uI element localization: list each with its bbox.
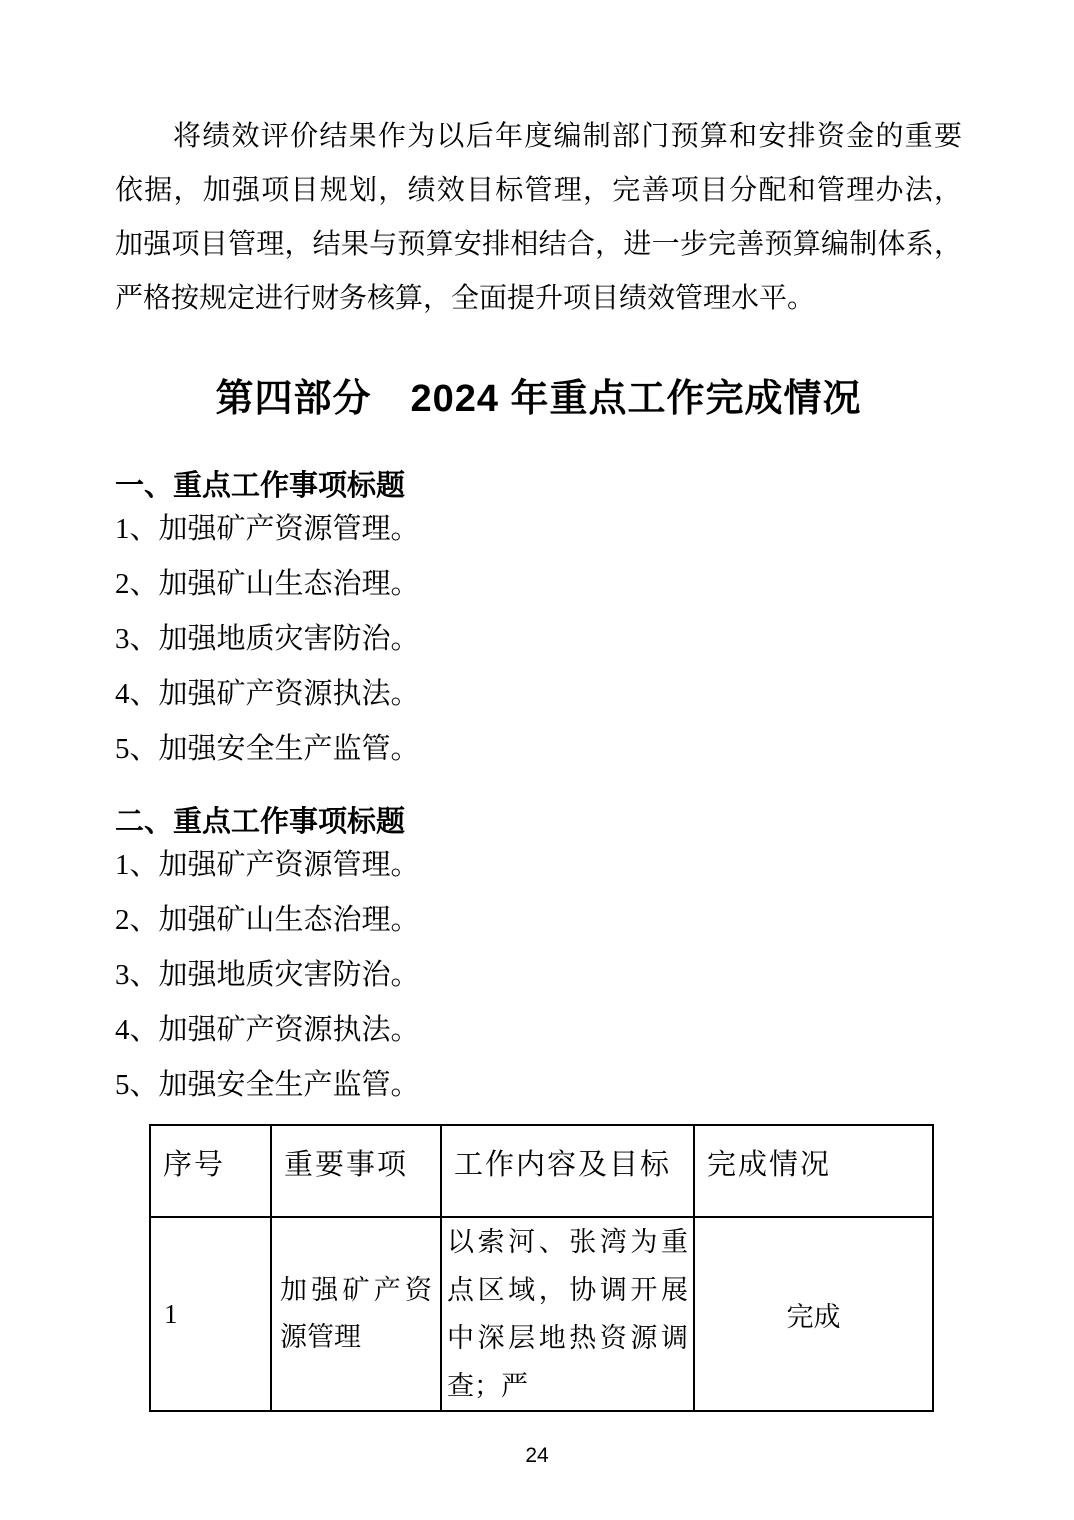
column-header-item: 重要事项 bbox=[271, 1125, 441, 1217]
list-item: 3、加强地质灾害防治。 bbox=[115, 948, 962, 1003]
table-row: 1 加强矿产资源管理 以索河、张湾为重点区域，协调开展中深层地热资源调查；严 完… bbox=[150, 1217, 933, 1411]
list-item: 3、加强地质灾害防治。 bbox=[115, 612, 962, 667]
key-work-table: 序号 重要事项 工作内容及目标 完成情况 1 加强矿产资源管理 以索河、张湾为重… bbox=[149, 1124, 934, 1412]
list-item: 4、加强矿产资源执法。 bbox=[115, 667, 962, 722]
list-item: 1、加强矿产资源管理。 bbox=[115, 838, 962, 893]
section-title-1: 一、重点工作事项标题 bbox=[115, 470, 962, 502]
paragraph-line: 依据，加强项目规划，绩效目标管理，完善项目分配和管理办法， bbox=[115, 164, 962, 218]
section-2-item-list: 1、加强矿产资源管理。 2、加强矿山生态治理。 3、加强地质灾害防治。 4、加强… bbox=[115, 838, 962, 1113]
list-item: 2、加强矿山生态治理。 bbox=[115, 557, 962, 612]
part-heading: 第四部分 2024 年重点工作完成情况 bbox=[115, 377, 962, 421]
column-header-seq: 序号 bbox=[150, 1125, 271, 1217]
paragraph-line: 将绩效评价结果作为以后年度编制部门预算和安排资金的重要 bbox=[115, 110, 962, 164]
list-item: 5、加强安全生产监管。 bbox=[115, 722, 962, 777]
cell-seq: 1 bbox=[150, 1217, 271, 1411]
intro-paragraph: 将绩效评价结果作为以后年度编制部门预算和安排资金的重要 依据，加强项目规划，绩效… bbox=[115, 110, 962, 326]
cell-status: 完成 bbox=[694, 1217, 933, 1411]
paragraph-line: 严格按规定进行财务核算，全面提升项目绩效管理水平。 bbox=[115, 272, 962, 326]
list-item: 4、加强矿产资源执法。 bbox=[115, 1003, 962, 1058]
cell-item: 加强矿产资源管理 bbox=[271, 1217, 441, 1411]
list-item: 1、加强矿产资源管理。 bbox=[115, 502, 962, 557]
paragraph-line: 加强项目管理，结果与预算安排相结合，进一步完善预算编制体系， bbox=[115, 218, 962, 272]
document-page: 将绩效评价结果作为以后年度编制部门预算和安排资金的重要 依据，加强项目规划，绩效… bbox=[0, 0, 1074, 1520]
page-number: 24 bbox=[0, 1444, 1074, 1468]
cell-content: 以索河、张湾为重点区域，协调开展中深层地热资源调查；严 bbox=[441, 1217, 694, 1411]
section-1-item-list: 1、加强矿产资源管理。 2、加强矿山生态治理。 3、加强地质灾害防治。 4、加强… bbox=[115, 502, 962, 777]
column-header-content: 工作内容及目标 bbox=[441, 1125, 694, 1217]
column-header-status: 完成情况 bbox=[694, 1125, 933, 1217]
list-item: 5、加强安全生产监管。 bbox=[115, 1058, 962, 1113]
list-item: 2、加强矿山生态治理。 bbox=[115, 893, 962, 948]
section-title-2: 二、重点工作事项标题 bbox=[115, 806, 962, 838]
page-content: 将绩效评价结果作为以后年度编制部门预算和安排资金的重要 依据，加强项目规划，绩效… bbox=[115, 0, 962, 1412]
table-header-row: 序号 重要事项 工作内容及目标 完成情况 bbox=[150, 1125, 933, 1217]
